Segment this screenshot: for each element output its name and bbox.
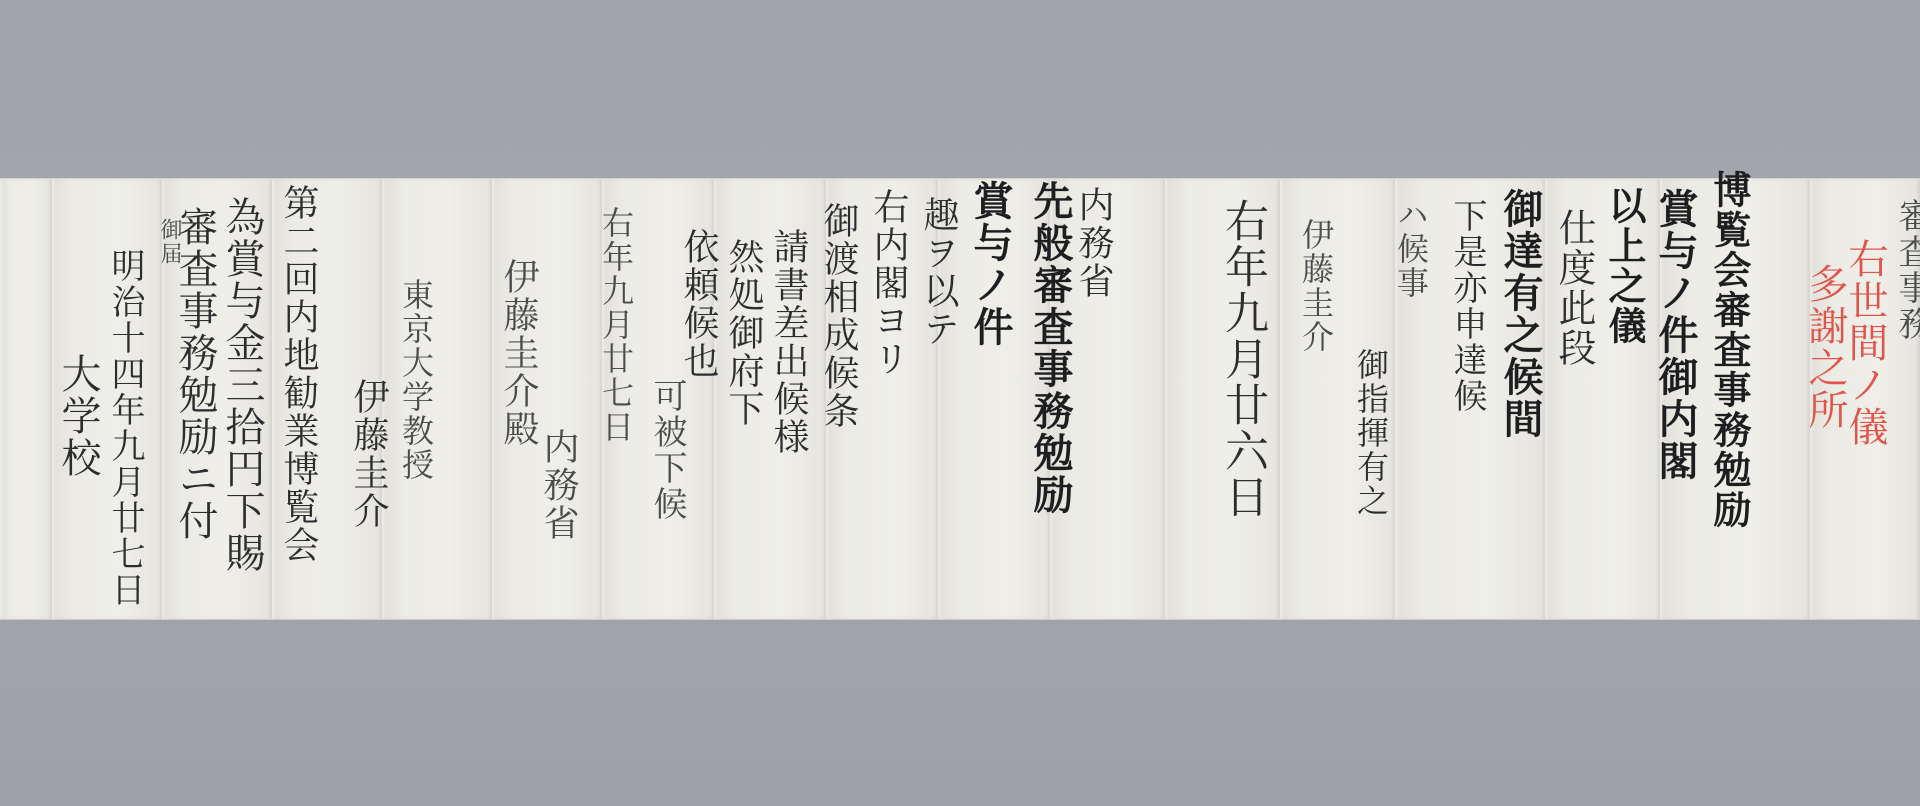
- text-column: 為賞与金三拾円下賜: [222, 196, 262, 574]
- text-column: 趣ヲ以テ: [920, 196, 956, 348]
- text-column: 可被下候: [650, 378, 684, 522]
- text-column: 内務省: [1075, 186, 1111, 300]
- text-column-edge: 審査事務: [1895, 198, 1920, 342]
- document-scroll: 明治十四年九月廿七日 大学校 御届 審査事務勉励ニ付 為賞与金三拾円下賜 第二回…: [0, 178, 1920, 618]
- text-column: 賞与ノ件御内閣: [1655, 188, 1695, 482]
- text-column: 東京大学教授: [400, 278, 432, 482]
- text-column: 御指揮有之: [1355, 348, 1387, 518]
- text-column-name: 伊藤圭介: [350, 378, 386, 530]
- red-annotation-column: 右世間ノ儀: [1845, 238, 1885, 448]
- text-column: 下是亦申達候: [1450, 198, 1484, 414]
- text-column-date: 明治十四年九月廿七日: [108, 248, 142, 608]
- text-column: 然処御府下: [725, 238, 761, 428]
- text-column: 先般審査事務勉励: [1030, 180, 1070, 516]
- text-column: 依頼候也: [680, 228, 716, 380]
- text-column: 右内閣ヨリ: [870, 188, 906, 378]
- red-annotation-column: 多謝之所: [1805, 263, 1845, 431]
- text-column: 御渡相成候条: [820, 202, 856, 430]
- text-column: 賞与ノ件: [970, 180, 1010, 348]
- text-column-heading: 博覧会審査事務勉励: [1710, 170, 1748, 530]
- text-column: ハ候事: [1395, 198, 1427, 300]
- text-column: 伊藤圭介殿: [500, 258, 536, 448]
- text-column: 請書差出候様: [770, 228, 806, 456]
- text-column-signature: 大学校: [58, 353, 98, 479]
- text-column: 審査事務勉励ニ付: [175, 206, 215, 542]
- text-column: 伊藤圭介: [1300, 218, 1332, 354]
- text-column: 御達有之候間: [1500, 188, 1540, 440]
- text-column: 仕度此段: [1555, 208, 1593, 368]
- text-column: 内務省: [540, 428, 576, 542]
- text-column: 以上之儀: [1605, 186, 1643, 346]
- text-column: 右年九月廿六日: [1220, 198, 1264, 520]
- scroll-panel: [0, 178, 52, 620]
- text-column: 右年九月廿七日: [600, 206, 632, 444]
- text-column: 第二回内地勧業博覧会: [280, 184, 316, 564]
